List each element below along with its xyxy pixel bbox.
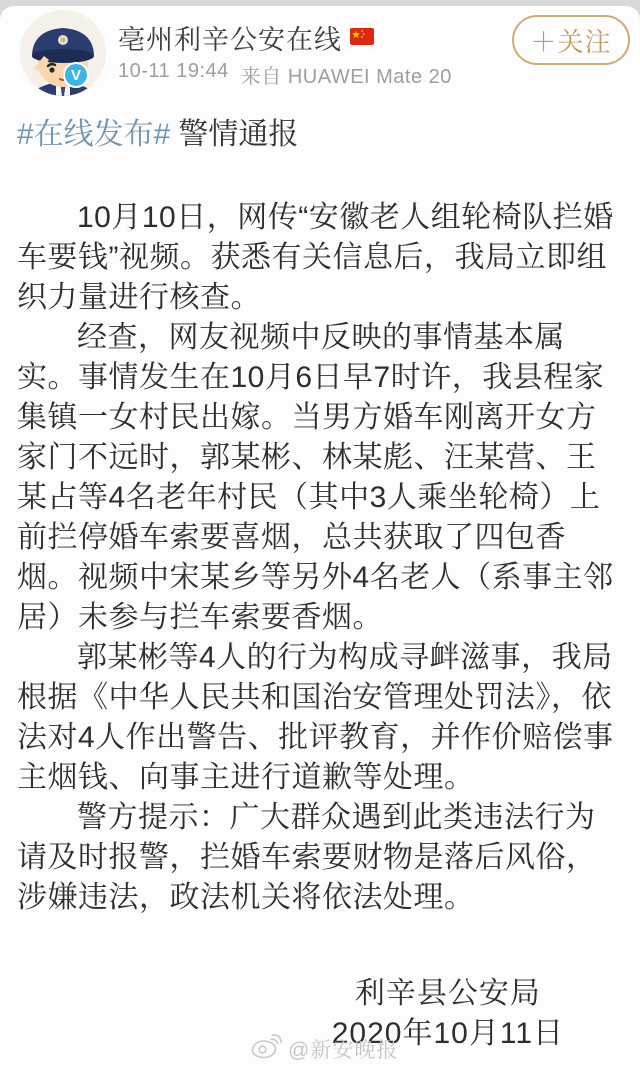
notice-body: 10月10日，网传“安徽老人组轮椅队拦婚车要钱”视频。获悉有关信息后，我局立即组…	[17, 198, 622, 918]
weibo-logo-icon	[250, 1032, 282, 1065]
notice-title: 警情通报	[178, 118, 298, 151]
post-title-line: #在线发布#警情通报	[17, 114, 622, 156]
post-source-device[interactable]: 来自 HUAWEI Mate 20	[241, 60, 452, 89]
post-content: #在线发布#警情通报 10月10日，网传“安徽老人组轮椅队拦婚车要钱”视频。获悉…	[0, 114, 640, 1054]
hashtag-link[interactable]: #在线发布#	[17, 118, 170, 151]
paragraph-2: 经查，网友视频中反映的事情基本属实。事情发生在10月6日早7时许，我县程家集镇一…	[17, 318, 622, 638]
avatar[interactable]	[20, 10, 106, 96]
paragraph-3: 郭某彬等4人的行为构成寻衅滋事，我局根据《中华人民共和国治安管理处罚法》，依法对…	[17, 638, 622, 798]
weibo-post-card: V 亳州利辛公安在线 10-11 19:44 来自 HUAWEI Mate 20…	[0, 6, 640, 1065]
verified-badge-icon: V	[63, 62, 89, 88]
paragraph-1: 10月10日，网传“安徽老人组轮椅队拦婚车要钱”视频。获悉有关信息后，我局立即组…	[17, 198, 622, 318]
watermark: @新安晚报	[250, 1032, 398, 1065]
issuing-authority: 利辛县公安局	[332, 974, 564, 1014]
post-header: V 亳州利辛公安在线 10-11 19:44 来自 HUAWEI Mate 20…	[0, 6, 640, 106]
paragraph-4: 警方提示：广大群众遇到此类违法行为请及时报警，拦婚车索要财物是落后风俗，涉嫌违法…	[17, 798, 622, 918]
china-flag-icon	[350, 28, 374, 50]
post-timestamp: 10-11 19:44	[118, 60, 229, 89]
watermark-text: @新安晚报	[288, 1034, 398, 1064]
police-cartoon-avatar	[20, 10, 106, 96]
author-name[interactable]: 亳州利辛公安在线	[118, 18, 342, 57]
follow-button[interactable]: ＋关注	[512, 15, 630, 65]
